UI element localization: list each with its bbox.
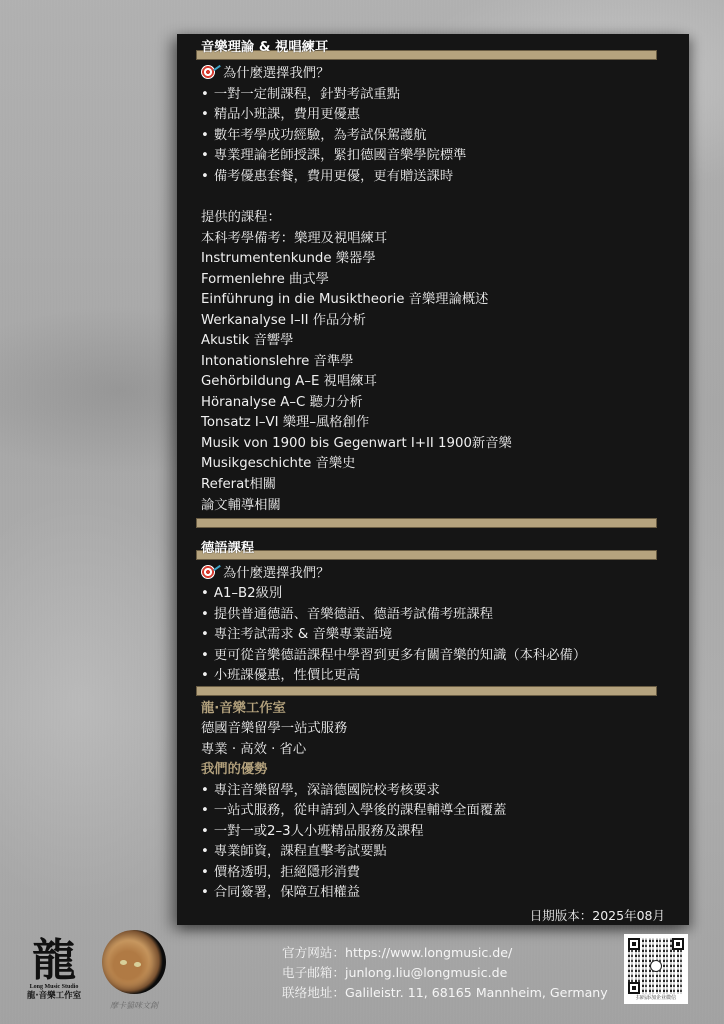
reason-item: 精品小班課，費用更優惠: [201, 106, 360, 124]
qr-finder-icon: [628, 982, 640, 994]
cat-eye-icon: [120, 960, 127, 965]
advantage-item: 一站式服務，從申請到入學後的課程輔導全面覆蓋: [201, 802, 506, 820]
course-item: Musikgeschichte 音樂史: [201, 455, 355, 473]
why-title-text: 為什麼選擇我們？: [223, 66, 329, 81]
course-item: Akustik 音響學: [201, 332, 293, 350]
studio-name: 龍·音樂工作室: [201, 700, 286, 718]
gold-divider: [196, 686, 657, 696]
reason-item: 小班課優惠，性價比更高: [201, 667, 360, 685]
course-item: 本科考學備考：樂理及視唱練耳: [201, 230, 387, 248]
course-item: Werkanalyse I–II 作品分析: [201, 312, 366, 330]
cat-caption: 摩卡貓咪文創: [102, 1000, 166, 1011]
dragon-logo-icon: 龍: [24, 938, 84, 984]
flyer-panel: 音樂理論 & 視唱練耳 為什麼選擇我們？ 一對一定制課程，針對考試重點 精品小班…: [177, 34, 689, 925]
wechat-logo-icon: [650, 960, 662, 972]
qr-code-icon: [628, 938, 684, 994]
advantages-heading: 我們的優勢: [201, 761, 267, 779]
studio-logo: 龍 Long Music Studio 龍·音樂工作室: [24, 938, 84, 1001]
why-title-text: 為什麼選擇我們？: [223, 566, 329, 581]
contact-info: 官方网站：https://www.longmusic.de/ 电子邮箱：junl…: [282, 943, 608, 1003]
course-item: Einführung in die Musiktheorie 音樂理論概述: [201, 291, 488, 309]
course-item: Gehörbildung A–E 視唱練耳: [201, 373, 377, 391]
website-link[interactable]: 官方网站：https://www.longmusic.de/: [282, 943, 608, 963]
wechat-qr-code[interactable]: 扫码添加企业微信: [624, 934, 688, 1004]
advantage-item: 價格透明，拒絕隱形消費: [201, 864, 360, 882]
course-item: Höranalyse A–C 聽力分析: [201, 394, 363, 412]
gold-divider: [196, 518, 657, 528]
qr-finder-icon: [672, 938, 684, 950]
course-item: Formenlehre 曲式學: [201, 271, 329, 289]
course-item: Instrumentenkunde 樂器學: [201, 250, 376, 268]
reason-item: 提供普通德語、音樂德語、德語考試備考班課程: [201, 606, 493, 624]
studio-tagline: 德國音樂留學一站式服務: [201, 720, 347, 738]
studio-slogan: 專業 · 高效 · 省心: [201, 741, 306, 759]
direct-hit-target-icon: [201, 65, 215, 79]
reason-item: 數年考學成功經驗，為考試保駕護航: [201, 127, 427, 145]
why-choose-us-heading: 為什麼選擇我們？: [201, 65, 329, 83]
course-item: Intonationslehre 音準學: [201, 353, 353, 371]
direct-hit-target-icon: [201, 565, 215, 579]
cat-avatar: [102, 930, 166, 994]
reason-item: A1–B2級別: [201, 585, 282, 603]
gold-divider: [196, 550, 657, 560]
course-item: 論文輔導相關: [201, 497, 281, 515]
logo-english-name: Long Music Studio: [24, 984, 84, 991]
advantage-item: 專業師資，課程直擊考試要點: [201, 843, 387, 861]
reason-item: 專業理論老師授課，緊扣德國音樂學院標準: [201, 147, 466, 165]
course-item: Musik von 1900 bis Gegenwart I+II 1900新音…: [201, 435, 512, 453]
advantage-item: 合同簽署，保障互相權益: [201, 884, 360, 902]
email-link[interactable]: 电子邮箱：junlong.liu@longmusic.de: [282, 963, 608, 983]
cat-eye-icon: [134, 962, 141, 967]
section-title-music-theory: 音樂理論 & 視唱練耳: [201, 39, 328, 57]
qr-finder-icon: [628, 938, 640, 950]
reason-item: 專注考試需求 & 音樂專業語境: [201, 626, 392, 644]
section-title-german-course: 德語課程: [201, 540, 254, 558]
logo-chinese-name: 龍·音樂工作室: [24, 991, 84, 1001]
date-version: 日期版本：2025年08月: [530, 906, 665, 924]
qr-caption: 扫码添加企业微信: [628, 994, 684, 1003]
advantage-item: 一對一或2–3人小班精品服務及課程: [201, 823, 424, 841]
reason-item: 更可從音樂德語課程中學習到更多有關音樂的知識（本科必備）: [201, 647, 586, 665]
course-item: Tonsatz I–VI 樂理–風格創作: [201, 414, 369, 432]
address-text: 联络地址：Galileistr. 11, 68165 Mannheim, Ger…: [282, 983, 608, 1003]
reason-item: 一對一定制課程，針對考試重點: [201, 86, 400, 104]
why-choose-us-heading: 為什麼選擇我們？: [201, 565, 329, 583]
course-item: Referat相關: [201, 476, 276, 494]
advantage-item: 專注音樂留學，深諳德國院校考核要求: [201, 782, 440, 800]
reason-item: 備考優惠套餐，費用更優，更有贈送課時: [201, 168, 453, 186]
courses-heading: 提供的課程：: [201, 209, 281, 227]
